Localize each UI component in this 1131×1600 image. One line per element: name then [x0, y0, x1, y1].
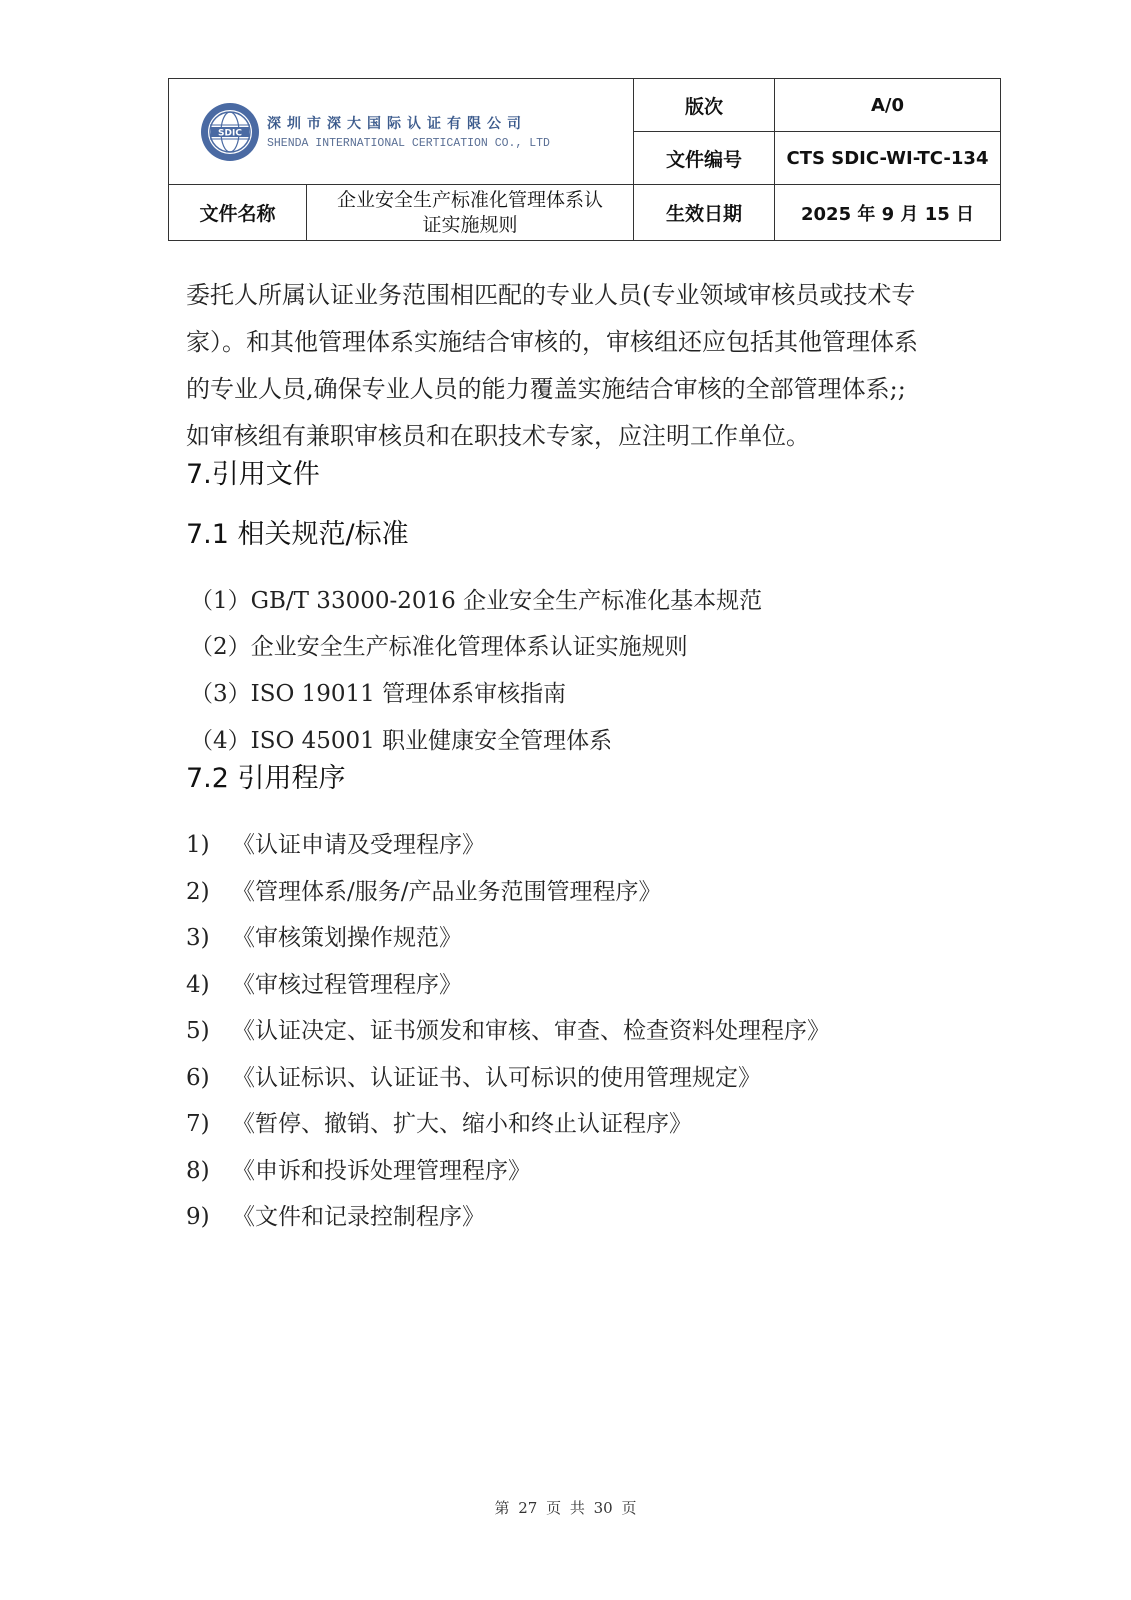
paragraph-line: 家）。和其他管理体系实施结合审核的，审核组还应包括其他管理体系: [186, 319, 991, 366]
procedure-item: 5)《认证决定、证书颁发和审核、审查、检查资料处理程序》: [186, 1012, 830, 1045]
standard-item: （2）企业安全生产标准化管理体系认证实施规则: [190, 628, 688, 661]
svg-text:SDIC: SDIC: [218, 128, 242, 138]
procedure-number: 7): [186, 1111, 232, 1137]
procedure-title: 《暂停、撤销、扩大、缩小和终止认证程序》: [232, 1111, 692, 1137]
company-name-cn: 深圳市深大国际认证有限公司: [267, 113, 550, 133]
procedure-title: 《认证标识、认证证书、认可标识的使用管理规定》: [232, 1065, 761, 1091]
procedure-item: 7)《暂停、撤销、扩大、缩小和终止认证程序》: [186, 1105, 692, 1138]
standard-item: （1）GB/T 33000-2016 企业安全生产标准化基本规范: [190, 582, 762, 615]
section-7-2-heading: 7.2 引用程序: [186, 756, 346, 795]
company-logo-icon: SDIC: [199, 101, 261, 163]
version-label: 版次: [634, 79, 775, 132]
doc-name-label: 文件名称: [169, 185, 307, 241]
standard-item: （3）ISO 19011 管理体系审核指南: [190, 675, 566, 708]
company-name-en: SHENDA INTERNATIONAL CERTICATION CO., LT…: [267, 137, 550, 150]
section-7-heading: 7.引用文件: [186, 452, 320, 491]
procedure-title: 《文件和记录控制程序》: [232, 1204, 485, 1230]
procedure-number: 6): [186, 1065, 232, 1091]
procedure-item: 4)《审核过程管理程序》: [186, 966, 462, 999]
doc-name-value: 企业安全生产标准化管理体系认 证实施规则: [307, 185, 634, 241]
doc-name-line2: 证实施规则: [307, 213, 633, 238]
procedure-title: 《认证决定、证书颁发和审核、审查、检查资料处理程序》: [232, 1018, 830, 1044]
paragraph-line: 的专业人员,确保专业人员的能力覆盖实施结合审核的全部管理体系;;: [186, 366, 991, 413]
doc-no-value: CTS SDIC-WI-TC-134: [775, 132, 1001, 185]
procedure-item: 6)《认证标识、认证证书、认可标识的使用管理规定》: [186, 1059, 761, 1092]
section-7-1-heading: 7.1 相关规范/标准: [186, 512, 409, 551]
procedure-number: 8): [186, 1158, 232, 1184]
procedure-title: 《审核策划操作规范》: [232, 925, 462, 951]
page-number: 第 27 页 共 30 页: [0, 1497, 1131, 1518]
procedure-item: 3)《审核策划操作规范》: [186, 919, 462, 952]
procedure-number: 4): [186, 972, 232, 998]
procedure-number: 9): [186, 1204, 232, 1230]
procedure-number: 2): [186, 879, 232, 905]
procedure-title: 《认证申请及受理程序》: [232, 832, 485, 858]
body-paragraph: 委托人所属认证业务范围相匹配的专业人员(专业领域审核员或技术专 家）。和其他管理…: [186, 272, 991, 460]
version-value: A/0: [775, 79, 1001, 132]
procedure-item: 9)《文件和记录控制程序》: [186, 1198, 485, 1231]
procedure-title: 《管理体系/服务/产品业务范围管理程序》: [232, 879, 662, 905]
doc-name-line1: 企业安全生产标准化管理体系认: [307, 188, 633, 213]
procedure-item: 2)《管理体系/服务/产品业务范围管理程序》: [186, 873, 662, 906]
effective-date-label: 生效日期: [634, 185, 775, 241]
procedure-item: 1)《认证申请及受理程序》: [186, 826, 485, 859]
procedure-item: 8)《申诉和投诉处理管理程序》: [186, 1152, 531, 1185]
procedure-number: 5): [186, 1018, 232, 1044]
paragraph-line: 委托人所属认证业务范围相匹配的专业人员(专业领域审核员或技术专: [186, 272, 991, 319]
company-logo-cell: SDIC 深圳市深大国际认证有限公司 SHENDA INTERNATIONAL …: [169, 79, 634, 185]
effective-date-value: 2025 年 9 月 15 日: [775, 185, 1001, 241]
procedure-title: 《申诉和投诉处理管理程序》: [232, 1158, 531, 1184]
standard-item: （4）ISO 45001 职业健康安全管理体系: [190, 722, 612, 755]
doc-no-label: 文件编号: [634, 132, 775, 185]
procedure-number: 3): [186, 925, 232, 951]
procedure-number: 1): [186, 832, 232, 858]
document-header-table: SDIC 深圳市深大国际认证有限公司 SHENDA INTERNATIONAL …: [168, 78, 1001, 241]
procedure-title: 《审核过程管理程序》: [232, 972, 462, 998]
